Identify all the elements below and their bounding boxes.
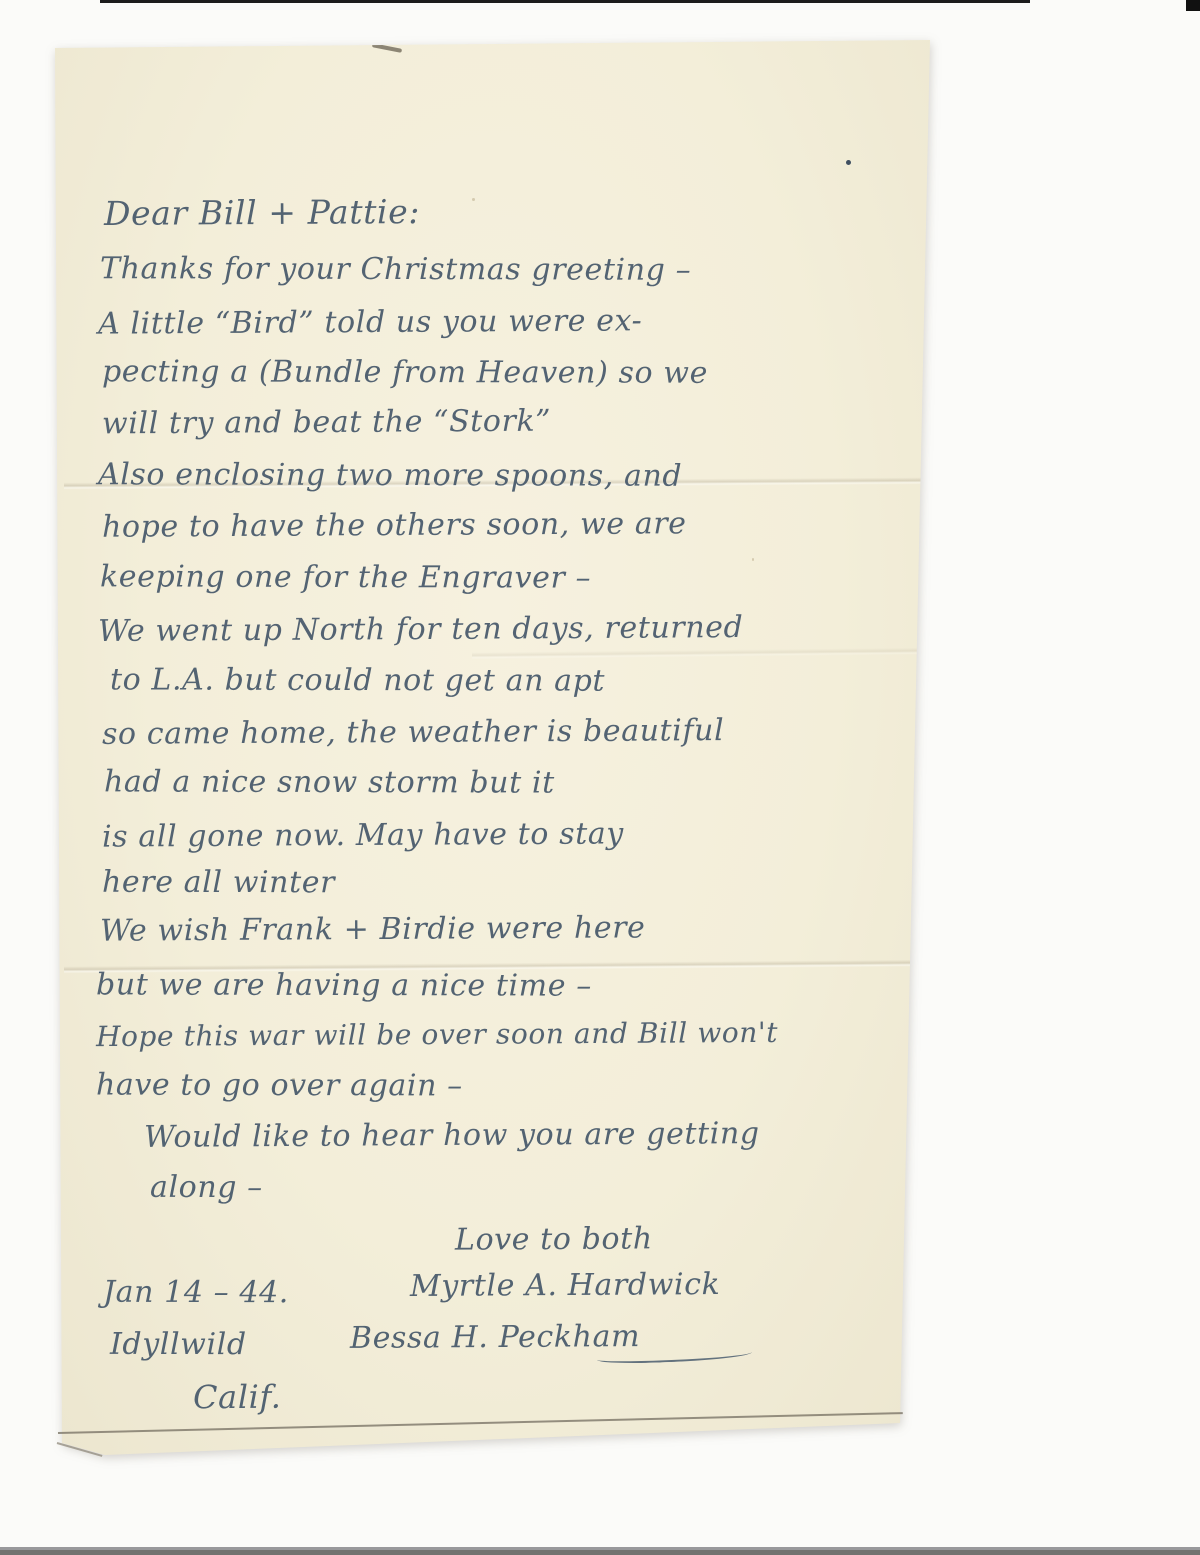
letter-line: pecting a (Bundle from Heaven) so we [102, 354, 708, 391]
letter-line: along – [150, 1170, 263, 1205]
letter-line: Hope this war will be over soon and Bill… [96, 1016, 778, 1053]
letter-line: had a nice snow storm but it [104, 764, 555, 800]
paper-speck [752, 558, 754, 561]
letter-line: Also enclosing two more spoons, and [98, 457, 682, 494]
fold-crease-middle-faint [472, 648, 922, 660]
closing-line: Love to both [455, 1221, 653, 1257]
letter-line: here all winter [102, 865, 335, 901]
date-line: Jan 14 – 44. [103, 1275, 289, 1310]
ink-dot [846, 160, 851, 165]
letter-line: A little “Bird” told us you were ex- [98, 303, 643, 341]
paper-edge-smudge [372, 43, 402, 53]
letter-line: will try and beat the “Stork” [102, 404, 551, 442]
letter-line: Thanks for your Christmas greeting – [100, 251, 691, 288]
place-line: Calif. [193, 1378, 282, 1417]
letter-line: keeping one for the Engraver – [100, 559, 591, 595]
letter-line: Would like to hear how you are getting [144, 1116, 760, 1155]
letter-page: Dear Bill + Pattie: Thanks for your Chri… [52, 38, 936, 1458]
scanner-corner-artifact [1186, 0, 1200, 11]
letter-line: but we are having a nice time – [96, 967, 592, 1003]
letter-line: We went up North for ten days, returned [98, 610, 744, 649]
signature-line: Bessa H. Peckham [350, 1319, 640, 1356]
signature-line: Myrtle A. Hardwick [410, 1267, 721, 1304]
scanner-edge-strip-bottom [0, 1550, 1200, 1555]
letter-line: to L.A. but could not get an apt [110, 662, 605, 698]
letter-line: have to go over again – [96, 1068, 463, 1104]
place-line: Idyllwild [110, 1327, 247, 1362]
letter-line: so came home, the weather is beautiful [102, 713, 724, 752]
letter-paper: Dear Bill + Pattie: Thanks for your Chri… [52, 38, 936, 1458]
salutation-line: Dear Bill + Pattie: [104, 192, 420, 233]
letter-line: hope to have the others soon, we are [102, 506, 687, 545]
letter-line: is all gone now. May have to stay [102, 816, 624, 854]
scanner-edge-artifact-top [100, 0, 1030, 3]
paper-speck [472, 198, 475, 201]
letter-line: We wish Frank + Birdie were here [100, 910, 646, 948]
